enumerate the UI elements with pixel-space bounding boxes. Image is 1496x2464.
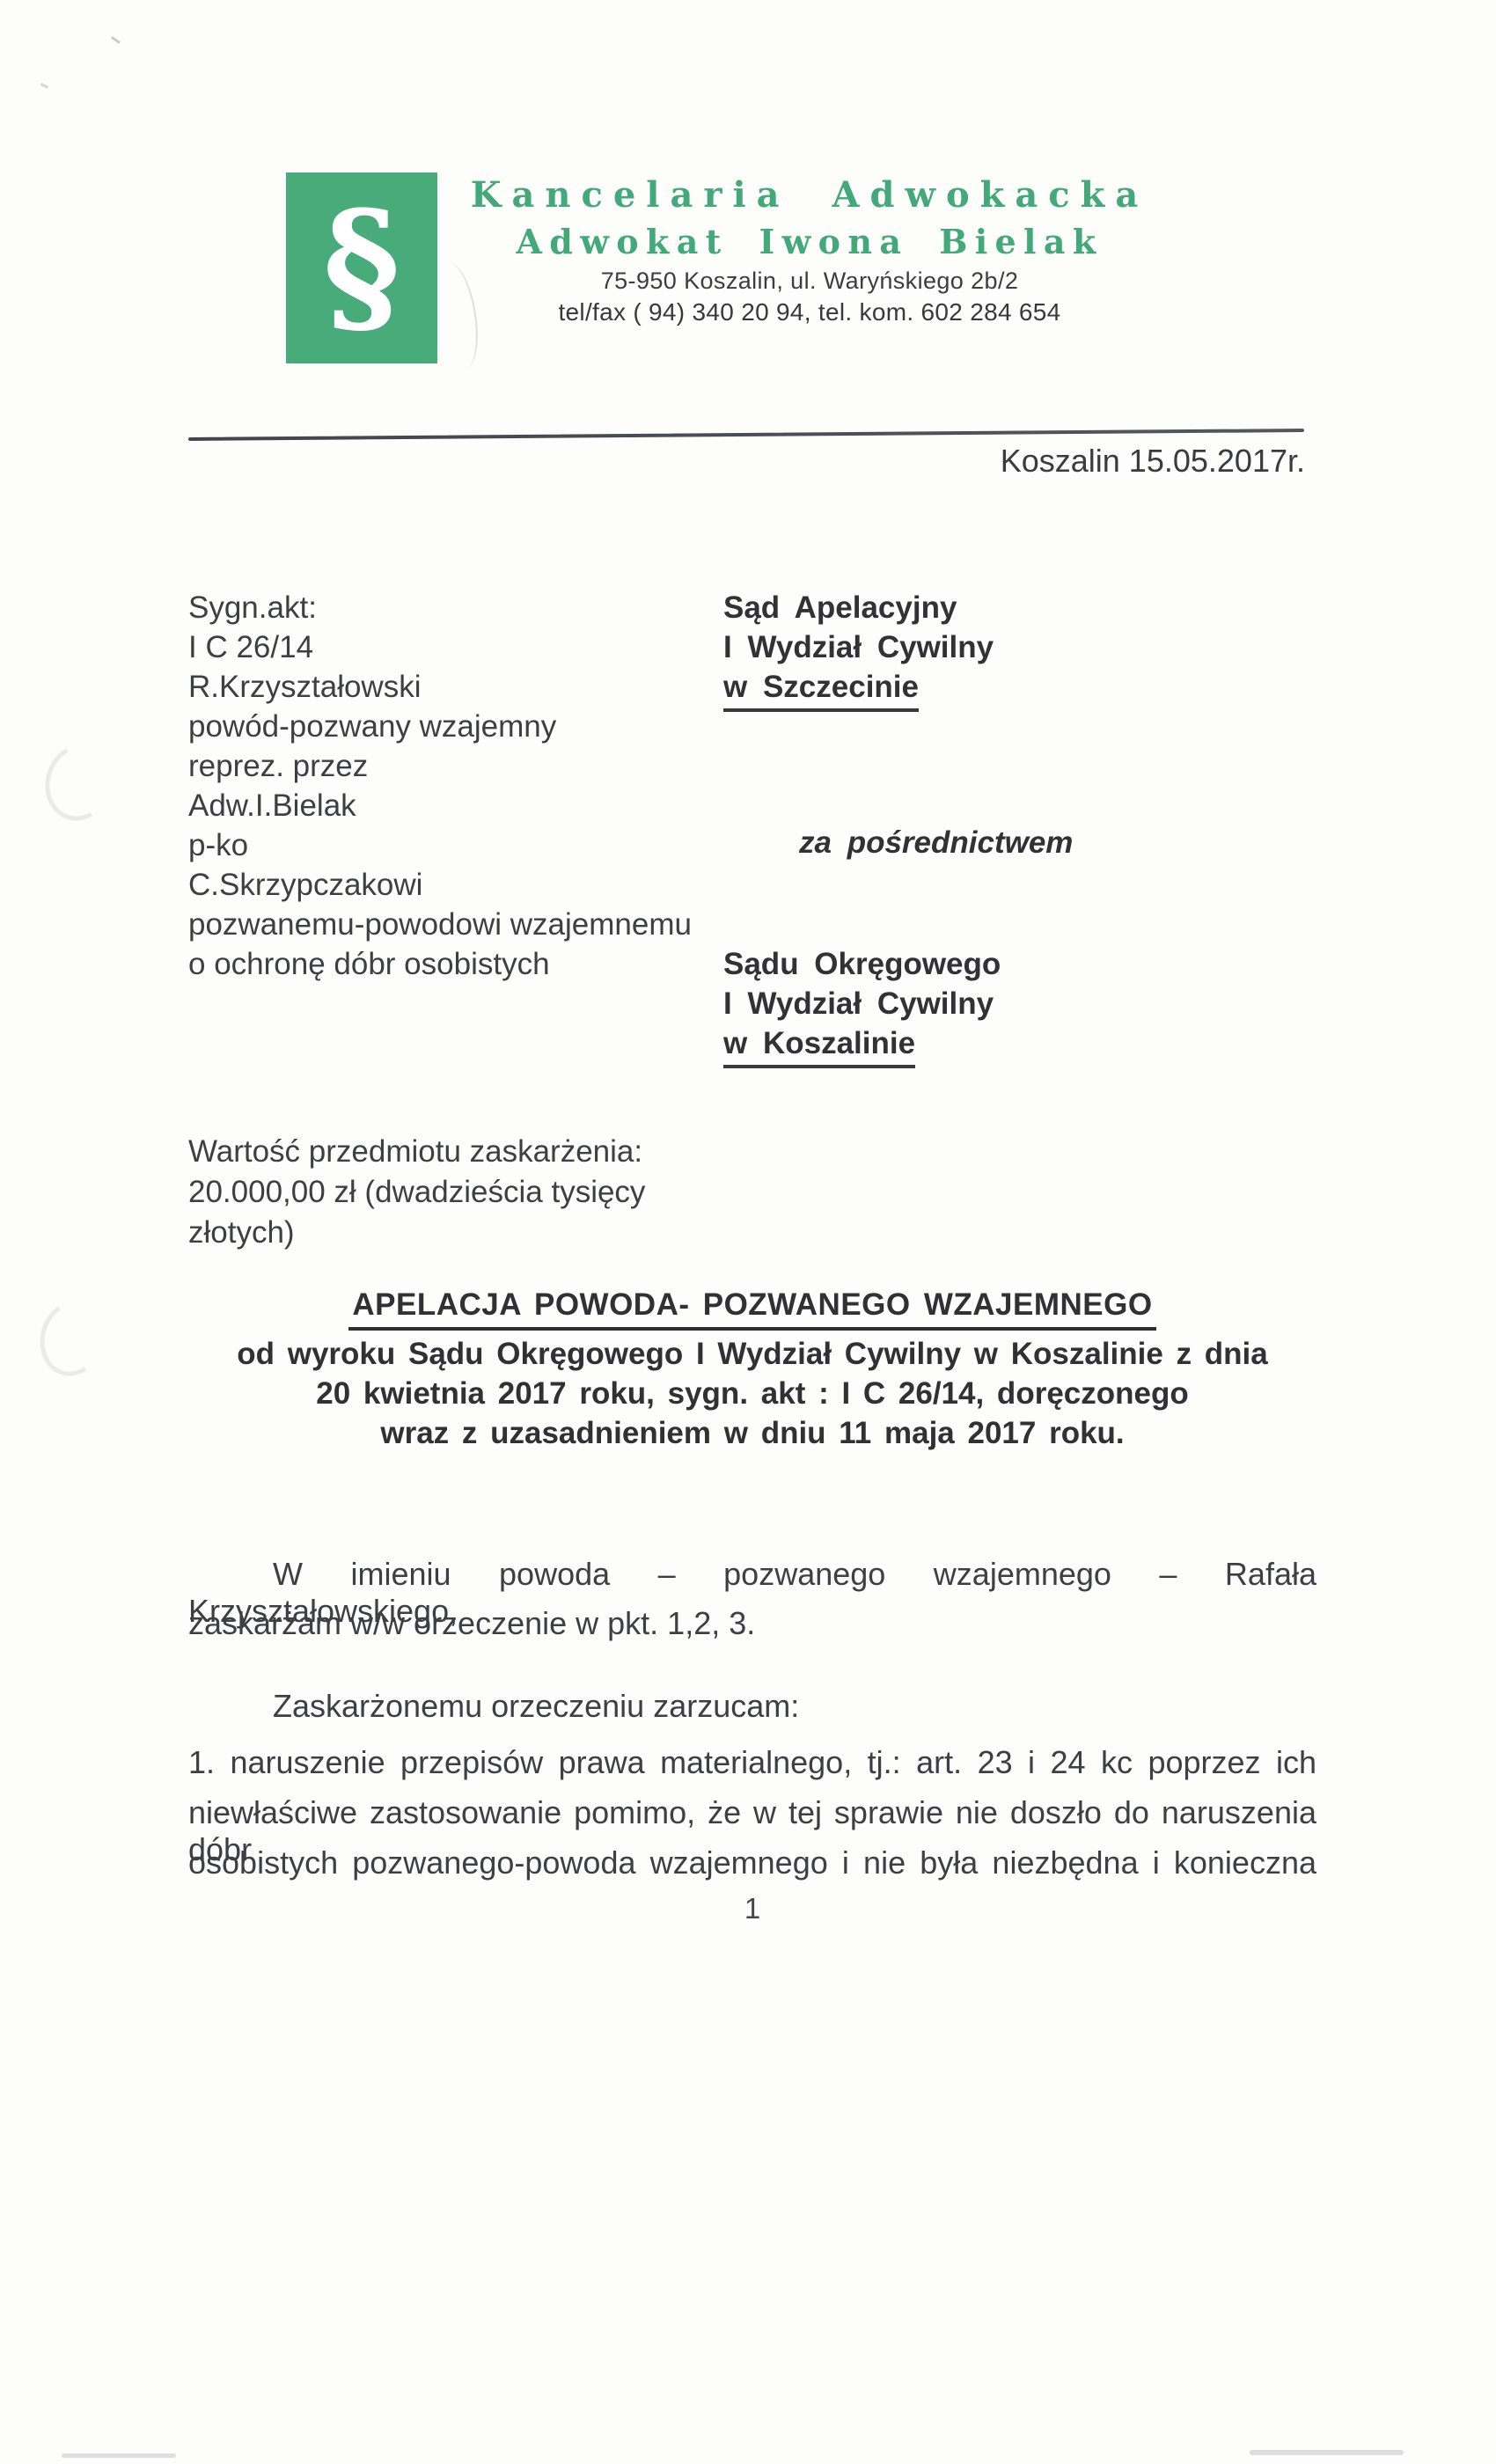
appellate-court-block: Sąd Apelacyjny I Wydział Cywilny w Szcze… xyxy=(723,588,994,712)
court-line: w Szczecinie xyxy=(723,667,994,712)
horizontal-rule xyxy=(188,429,1304,441)
value-line: Wartość przedmiotu zaskarżenia: xyxy=(188,1132,645,1172)
body-paragraph-line: Zaskarżonemu orzeczeniu zarzucam: xyxy=(273,1688,1316,1725)
firm-phone: tel/fax ( 94) 340 20 94, tel. kom. 602 2… xyxy=(378,298,1241,326)
appeal-heading: APELACJA POWODA- POZWANEGO WZAJEMNEGO xyxy=(189,1285,1316,1334)
place-and-date: Koszalin 15.05.2017r. xyxy=(792,443,1305,480)
case-line: p-ko xyxy=(188,825,692,865)
scanned-legal-document-page: § Kancelaria Adwokacka Adwokat Iwona Bie… xyxy=(0,0,1496,2464)
appeal-heading-underlined: APELACJA POWODA- POZWANEGO WZAJEMNEGO xyxy=(348,1285,1155,1331)
court-line: I Wydział Cywilny xyxy=(723,984,1001,1023)
court-line: w Koszalinie xyxy=(723,1023,1001,1068)
scan-artifact-speck xyxy=(111,36,121,44)
regional-court-block: Sądu Okręgowego I Wydział Cywilny w Kosz… xyxy=(723,944,1001,1068)
case-reference-block: Sygn.akt: I C 26/14 R.Krzyształowski pow… xyxy=(188,588,692,984)
scan-artifact-smudge xyxy=(1250,2450,1404,2455)
appeal-title-block: APELACJA POWODA- POZWANEGO WZAJEMNEGO od… xyxy=(189,1285,1316,1453)
court-city-underlined: w Szczecinie xyxy=(723,667,919,712)
page-number: 1 xyxy=(188,1892,1316,1925)
court-line: I Wydział Cywilny xyxy=(723,627,994,667)
body-paragraph-line: osobistych pozwanego-powoda wzajemnego i… xyxy=(188,1844,1316,1881)
scan-artifact-smudge xyxy=(62,2453,176,2458)
scan-artifact-curve xyxy=(33,1294,113,1383)
body-paragraph-line: zaskarżam w/w orzeczenie w pkt. 1,2, 3. xyxy=(188,1605,1316,1642)
firm-address: 75-950 Koszalin, ul. Waryńskiego 2b/2 xyxy=(378,268,1241,295)
case-line: reprez. przez xyxy=(188,746,692,786)
appeal-subtitle-line: wraz z uzasadnieniem w dniu 11 maja 2017… xyxy=(189,1413,1316,1453)
case-line: Adw.I.Bielak xyxy=(188,786,692,825)
appeal-subtitle-line: 20 kwietnia 2017 roku, sygn. akt : I C 2… xyxy=(189,1374,1316,1413)
case-line: C.Skrzypczakowi xyxy=(188,865,692,905)
via-label: za pośrednictwem xyxy=(799,825,1073,861)
value-line: 20.000,00 zł (dwadzieścia tysięcy xyxy=(188,1172,645,1213)
scan-artifact-speck xyxy=(40,83,48,89)
case-line: R.Krzyształowski xyxy=(188,667,692,707)
case-line: pozwanemu-powodowi wzajemnemu xyxy=(188,905,692,944)
appeal-subtitle-line: od wyroku Sądu Okręgowego I Wydział Cywi… xyxy=(189,1334,1316,1374)
case-line: I C 26/14 xyxy=(188,627,692,667)
court-line: Sąd Apelacyjny xyxy=(723,588,994,627)
scan-artifact-curve xyxy=(35,735,122,829)
case-line: Sygn.akt: xyxy=(188,588,692,627)
value-of-appeal-block: Wartość przedmiotu zaskarżenia: 20.000,0… xyxy=(188,1132,645,1253)
value-line: złotych) xyxy=(188,1213,645,1253)
lawyer-name: Adwokat Iwona Bielak xyxy=(378,222,1241,261)
firm-name: Kancelaria Adwokacka xyxy=(378,174,1241,216)
court-line: Sądu Okręgowego xyxy=(723,944,1001,984)
case-line: o ochronę dóbr osobistych xyxy=(188,944,692,984)
court-city-underlined: w Koszalinie xyxy=(723,1023,915,1068)
case-line: powód-pozwany wzajemny xyxy=(188,707,692,746)
body-paragraph-line: 1. naruszenie przepisów prawa materialne… xyxy=(188,1744,1316,1781)
